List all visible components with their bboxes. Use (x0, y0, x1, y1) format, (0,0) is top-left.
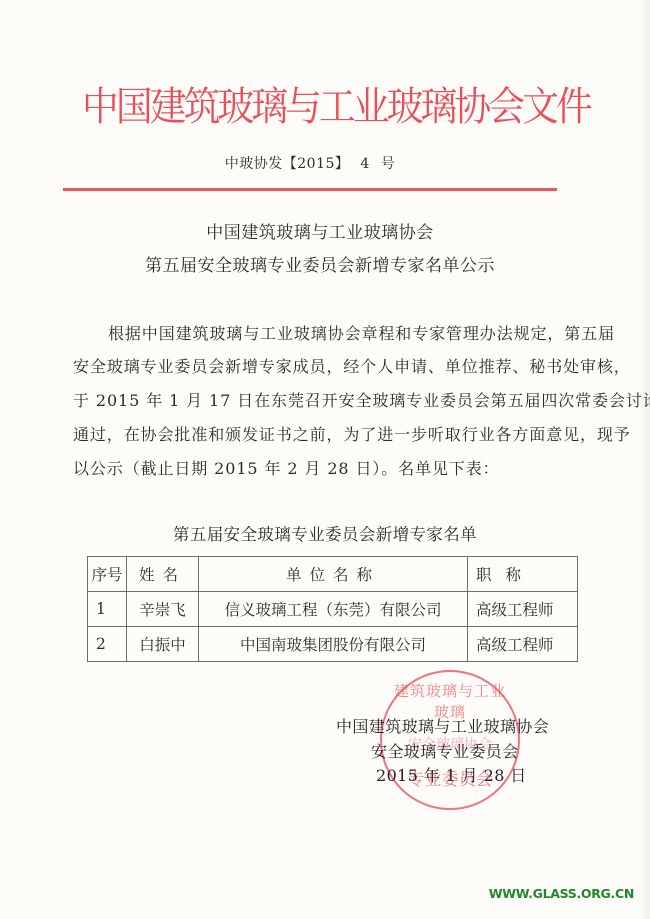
document-header-title: 中国建筑玻璃与工业玻璃协会文件 (82, 82, 522, 132)
table-caption: 第五届安全玻璃专业委员会新增专家名单 (0, 524, 650, 546)
signature-date: 2015 年 1 月 28 日 (376, 765, 527, 787)
table-header-row: 序号 姓名 单位名称 职称 (88, 557, 578, 592)
cell-title: 高级工程师 (468, 592, 578, 627)
document-number-prefix: 中玻协发【2015】 (225, 156, 350, 172)
document-number-suffix: 号 (381, 156, 396, 172)
body-line: 于 2015 年 1 月 17 日在东莞召开安全玻璃专业委员会第五届四次常委会讨… (73, 390, 650, 412)
cell-unit: 信义玻璃工程（东莞）有限公司 (199, 592, 468, 627)
cell-seq: 1 (88, 592, 127, 627)
signature-organization: 中国建筑玻璃与工业玻璃协会 (336, 716, 549, 738)
scan-edge (640, 0, 650, 919)
cell-name: 辛崇飞 (127, 592, 199, 627)
cell-title: 高级工程师 (468, 627, 578, 662)
body-line: 安全玻璃专业委员会新增专家成员，经个人申请、单位推荐、秘书处审核， (73, 356, 631, 378)
cell-unit: 中国南玻集团股份有限公司 (199, 627, 468, 662)
document-number-value: 4 (360, 156, 369, 172)
column-header-name: 姓名 (127, 557, 199, 592)
expert-list-table: 序号 姓名 单位名称 职称 1 辛崇飞 信义玻璃工程（东莞）有限公司 高级工程师… (87, 556, 578, 662)
notice-title-subject: 第五届安全玻璃专业委员会新增专家名单公示 (0, 255, 645, 277)
website-watermark: WWW.GLASS.ORG.CN (489, 886, 634, 901)
official-seal-stamp: 建筑玻璃与工业玻璃 安全玻璃协会 专业委员会 (380, 670, 520, 810)
header-divider-rule (63, 188, 557, 191)
table-row: 1 辛崇飞 信义玻璃工程（东莞）有限公司 高级工程师 (88, 592, 578, 627)
body-line: 以公示（截止日期 2015 年 2 月 28 日）。名单见下表： (73, 458, 500, 480)
signature-committee: 安全玻璃专业委员会 (371, 741, 519, 763)
cell-name: 白振中 (127, 627, 199, 662)
document-number: 中玻协发【2015】 4 号 (0, 154, 620, 174)
column-header-unit: 单位名称 (199, 557, 468, 592)
notice-title-organization: 中国建筑玻璃与工业玻璃协会 (0, 222, 645, 244)
body-line: 通过，在协会批准和颁发证书之前，为了进一步听取行业各方面意见，现予 (73, 424, 631, 446)
body-line: 根据中国建筑玻璃与工业玻璃协会章程和专家管理办法规定，第五届 (108, 323, 615, 345)
cell-seq: 2 (88, 627, 127, 662)
table-row: 2 白振中 中国南玻集团股份有限公司 高级工程师 (88, 627, 578, 662)
column-header-title: 职称 (468, 557, 578, 592)
column-header-seq: 序号 (88, 557, 127, 592)
